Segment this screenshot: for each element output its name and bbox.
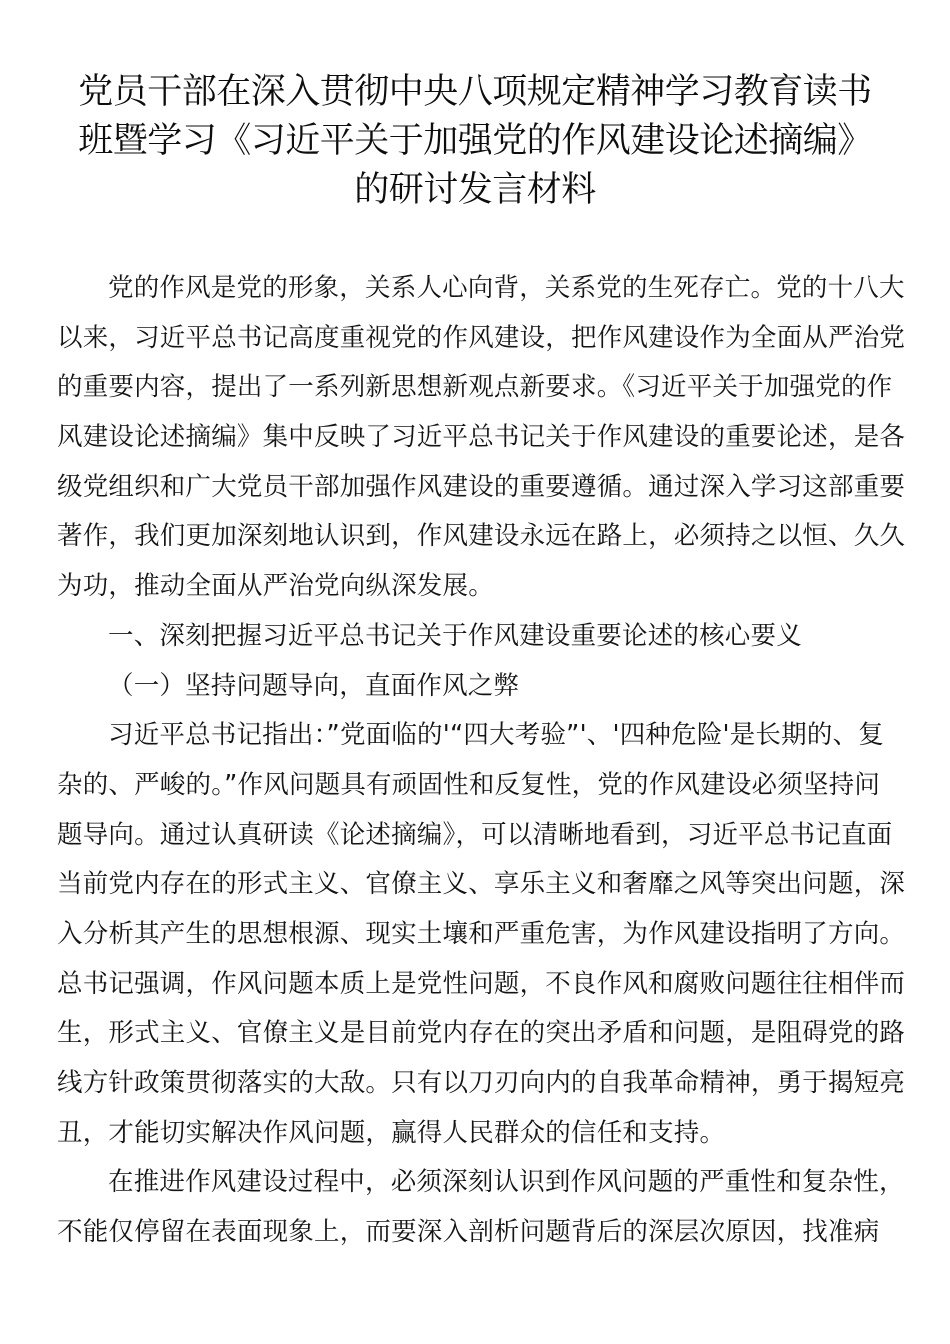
intro-paragraph-line: 的重要内容，提出了一系列新思想新观点新要求。《习近平关于加强党的作 xyxy=(57,369,897,405)
paragraph-2-line: 丑，才能切实解决作风问题，赢得人民群众的信任和支持。 xyxy=(57,1115,897,1151)
paragraph-3-line: 在推进作风建设过程中，必须深刻认识到作风问题的严重性和复杂性， xyxy=(108,1164,948,1200)
document-title-line-2: 班暨学习《习近平关于加强党的作风建设论述摘编》 xyxy=(0,117,950,165)
paragraph-2-line: 线方针政策贯彻落实的大敌。只有以刀刃向内的自我革命精神，勇于揭短亮 xyxy=(57,1065,897,1101)
intro-paragraph-line: 风建设论述摘编》集中反映了习近平总书记关于作风建设的重要论述，是各 xyxy=(57,419,897,455)
intro-paragraph-line: 级党组织和广大党员干部加强作风建设的重要遵循。通过深入学习这部重要 xyxy=(57,469,897,505)
document-title-line-1: 党员干部在深入贯彻中央八项规定精神学习教育读书 xyxy=(0,68,950,116)
paragraph-2-line: 题导向。通过认真研读《论述摘编》，可以清晰地看到，习近平总书记直面 xyxy=(57,817,897,853)
paragraph-2-line: 总书记强调，作风问题本质上是党性问题，不良作风和腐败问题往往相伴而 xyxy=(57,966,897,1002)
paragraph-2-line: 杂的、严峻的。”作风问题具有顽固性和反复性，党的作风建设必须坚持问 xyxy=(57,767,897,803)
paragraph-2-line: 生，形式主义、官僚主义是目前党内存在的突出矛盾和问题，是阻碍党的路 xyxy=(57,1015,897,1051)
paragraph-2-line: 当前党内存在的形式主义、官僚主义、享乐主义和奢靡之风等突出问题，深 xyxy=(57,866,897,902)
document-title-line-3: 的研讨发言材料 xyxy=(0,166,950,214)
paragraph-3-line: 不能仅停留在表面现象上，而要深入剖析问题背后的深层次原因，找准病 xyxy=(57,1214,897,1250)
section-heading-1: 一、深刻把握习近平总书记关于作风建设重要论述的核心要义 xyxy=(108,618,948,654)
subsection-heading-1: （一）坚持问题导向，直面作风之弊 xyxy=(108,668,948,704)
intro-paragraph-line: 为功，推动全面从严治党向纵深发展。 xyxy=(57,568,897,604)
intro-paragraph-line: 以来，习近平总书记高度重视党的作风建设，把作风建设作为全面从严治党 xyxy=(57,320,897,356)
intro-paragraph-line: 著作，我们更加深刻地认识到，作风建设永远在路上，必须持之以恒、久久 xyxy=(57,518,897,554)
paragraph-2-line: 习近平总书记指出：”党面临的'“四大考验”'、'四种危险'是长期的、复 xyxy=(108,717,948,753)
intro-paragraph-line: 党的作风是党的形象，关系人心向背，关系党的生死存亡。党的十八大 xyxy=(108,270,948,306)
paragraph-2-line: 入分析其产生的思想根源、现实土壤和严重危害，为作风建设指明了方向。 xyxy=(57,916,897,952)
